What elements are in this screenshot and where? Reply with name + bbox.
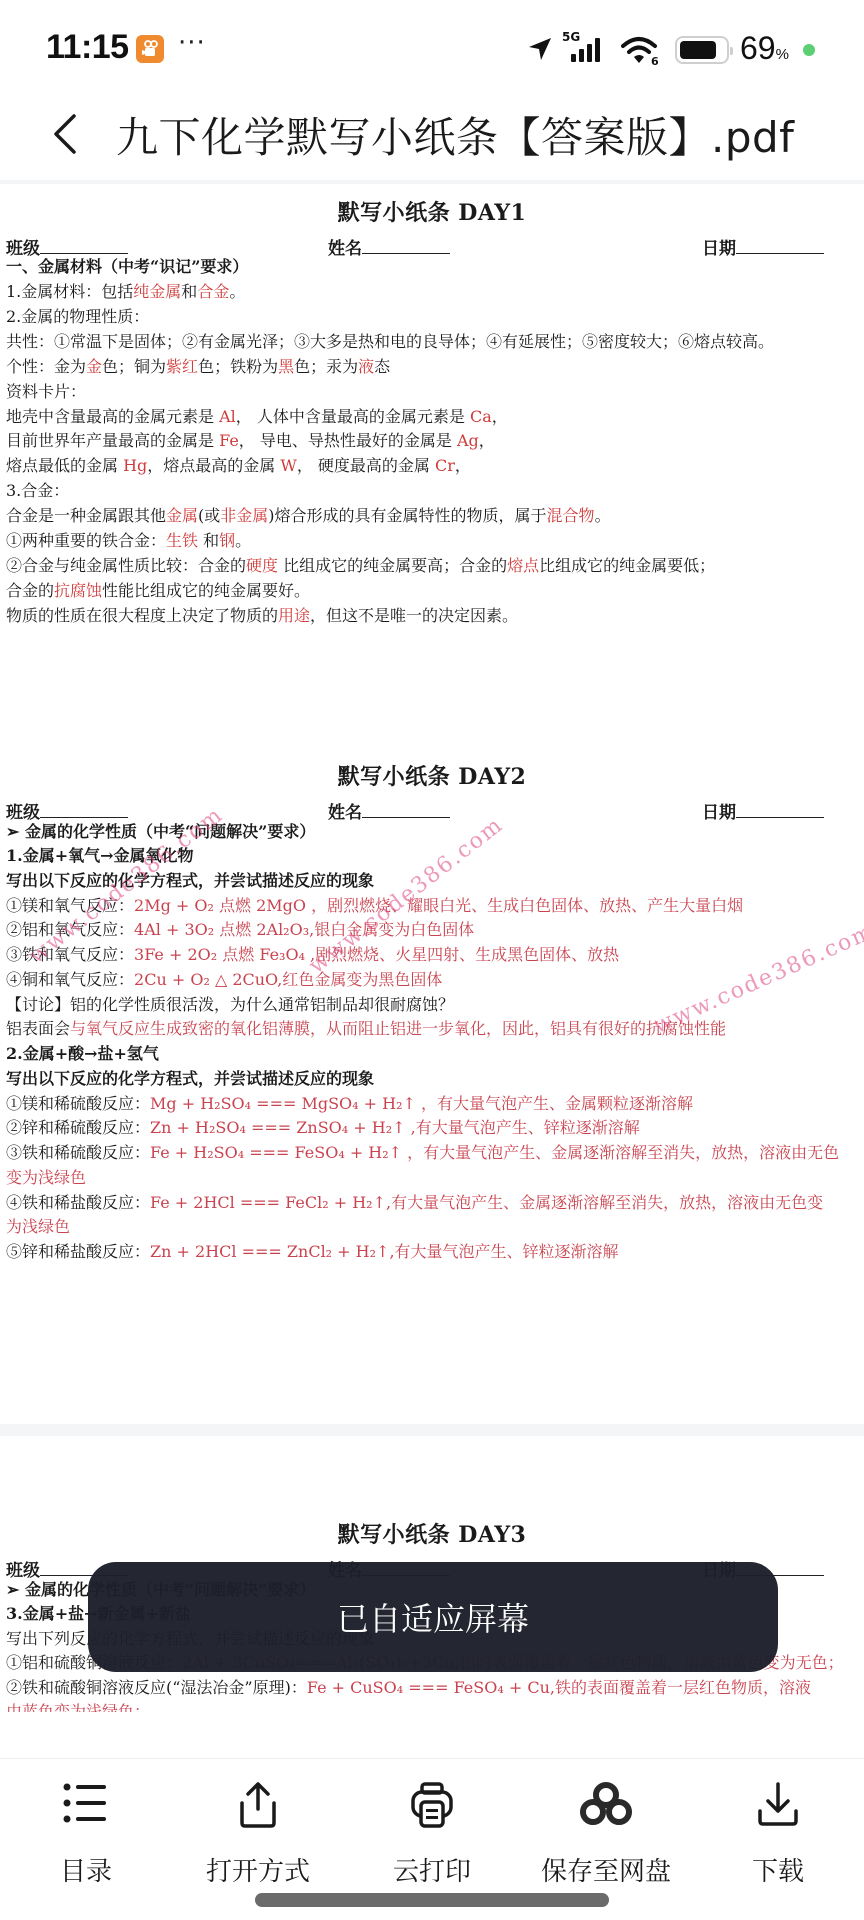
document-line: 合金的抗腐蚀性能比组成它的纯金属要好。 [6,580,310,602]
prompt-text: 【讨论】铝的化学性质很活泼，为什么通常铝制品却很耐腐蚀？ [6,995,454,1014]
prompt-text: 色；铁粉为 [198,357,278,376]
prompt-text: 1.金属+氧气→金属氧化物 [6,846,194,865]
toc-button[interactable]: 目录 [16,1759,156,1869]
prompt-text: 2.金属的物理性质： [6,307,149,326]
document-line: 铝表面会与氧气反应生成致密的氧化铝薄膜，从而阻止铝进一步氧化，因此，铝具有很好的… [6,1018,726,1040]
document-line: ①镁和氧气反应：2Mg + O₂ 点燃 2MgO ，剧烈燃烧、耀眼白光、生成白色… [6,895,743,917]
answer-text: Al [219,407,236,426]
section-title: ➢ 金属的化学性质（中考“问题解决”要求） [6,821,315,843]
answer-text: Hg [123,456,147,475]
prompt-text: ②锌和稀硫酸反应： [6,1118,150,1137]
answer-text: 为浅绿色 [6,1217,70,1236]
document-line: 共性：①常温下是固体；②有金属光泽；③大多是热和电的良导体；④有延展性；⑤密度较… [6,331,774,353]
answer-text: Ag [457,431,479,450]
prompt-text: 地壳中含量最高的金属元素是 [6,407,219,426]
prompt-text: 写出以下反应的化学方程式，并尝试描述反应的现象 [6,871,374,890]
prompt-text: 。 [595,506,611,525]
document-line: 为浅绿色 [6,1216,70,1238]
answer-text: 金 [86,357,102,376]
answer-text: 4Al + 3O₂ 点燃 2Al₂O₃,银白金属变为白色固体 [134,920,474,939]
prompt-text: ⑤锌和稀盐酸反应： [6,1242,150,1261]
document-line: ②铝和氧气反应：4Al + 3O₂ 点燃 2Al₂O₃,银白金属变为白色固体 [6,919,474,941]
privacy-indicator-dot [803,44,815,56]
answer-text: 2Mg + O₂ 点燃 2MgO ，剧烈燃烧、耀眼白光、生成白色固体、放热、产生… [134,896,743,915]
document-line: 【讨论】铝的化学性质很活泼，为什么通常铝制品却很耐腐蚀？ [6,994,454,1016]
answer-text: 3Fe + 2O₂ 点燃 Fe₃O₄ ,剧烈燃烧、火星四射、生成黑色固体、放热 [134,945,619,964]
document-line: 熔点最低的金属 Hg，熔点最高的金属 W， 硬度最高的金属 Cr， [6,455,471,477]
video-app-icon [136,35,164,63]
page-gap [0,1424,864,1436]
document-line: ⑤锌和稀盐酸反应：Zn + 2HCl === ZnCl₂ + H₂↑,有大量气泡… [6,1241,619,1263]
prompt-text: 合金的 [6,581,54,600]
fit-screen-toast: 已自适应屏幕 [88,1562,778,1672]
save-to-netdisk-button[interactable]: 保存至网盘 [536,1759,676,1869]
answer-text: 纯金属 [133,282,181,301]
answer-text: 生铁 [166,531,198,550]
prompt-text: 铝表面会 [6,1019,70,1038]
answer-text: 2Cu + O₂ △ 2CuO,红色金属变为黑色固体 [134,970,442,989]
answer-text: Fe + CuSO₄ === FeSO₄ + Cu,铁的表面覆盖着一层红色物质，… [307,1678,811,1697]
answer-text: Mg + H₂SO₄ === MgSO₄ + H₂↑ ，有大量气泡产生、金属颗粒… [150,1094,693,1113]
prompt-text: 资料卡片： [6,382,86,401]
prompt-text: ①两种重要的铁合金： [6,531,166,550]
prompt-text: 合金是一种金属跟其他 [6,506,166,525]
prompt-text: 和 [198,531,219,550]
answer-text: 非金属 [220,506,268,525]
prompt-text: ②合金与纯金属性质比较：合金的 [6,556,246,575]
prompt-text: ， 硬度最高的金属 [297,456,435,475]
page-heading-day2: 默写小纸条 DAY2 [0,760,864,791]
prompt-text: 比组成它的纯金属要高；合金的 [278,556,507,575]
prompt-text: ①镁和氧气反应： [6,896,134,915]
document-title: 九下化学默写小纸条【答案版】.pdf [116,105,794,165]
answer-text: 抗腐蚀 [54,581,102,600]
prompt-text: 性能比组成它的纯金属要好。 [102,581,310,600]
document-line: ③铁和氧气反应：3Fe + 2O₂ 点燃 Fe₃O₄ ,剧烈燃烧、火星四射、生成… [6,944,619,966]
answer-text: W [280,456,296,475]
prompt-text: ， [479,431,495,450]
prompt-text: 色；汞为 [294,357,358,376]
document-line: ④铁和稀盐酸反应：Fe + 2HCl === FeCl₂ + H₂↑,有大量气泡… [6,1192,823,1214]
pdf-viewport[interactable]: 默写小纸条 DAY1 班级 姓名 日期 一、金属材料（中考“识记”要求） 1.金… [0,180,864,1712]
answer-text: 硬度 [246,556,278,575]
document-line: 合金是一种金属跟其他金属(或非金属)熔合形成的具有金属特性的物质，属于混合物。 [6,505,611,527]
answer-text: 熔点 [507,556,539,575]
answer-text: 紫红 [166,357,198,376]
document-line: ②铁和硫酸铜溶液反应(“湿法冶金”原理)：Fe + CuSO₄ === FeSO… [6,1677,811,1699]
download-button[interactable]: 下载 [708,1759,848,1869]
answer-text: 液 [358,357,374,376]
answer-text: 与氧气反应生成致密的氧化铝薄膜，从而阻止铝进一步氧化，因此，铝具有很好的抗腐蚀性… [70,1019,726,1038]
svg-text:6: 6 [651,55,659,66]
document-line: 个性：金为金色；铜为紫红色；铁粉为黑色；汞为液态 [6,356,390,378]
document-line: ①镁和稀硫酸反应：Mg + H₂SO₄ === MgSO₄ + H₂↑ ，有大量… [6,1093,693,1115]
answer-text: Fe + H₂SO₄ === FeSO₄ + H₂↑ ，有大量气泡产生、金属逐渐… [150,1143,839,1162]
document-line: 由蓝色变为浅绿色； [6,1701,150,1712]
answer-text: 金属 [166,506,198,525]
prompt-text: ，但这不是唯一的决定因素。 [310,606,518,625]
answer-text: Fe [219,431,239,450]
document-line: 3.合金： [6,480,69,502]
answer-text: 合金 [197,282,229,301]
answer-text: 钢 [219,531,235,550]
share-icon [234,1781,282,1833]
prompt-text: 态 [374,357,390,376]
answer-text: Ca [470,407,492,426]
page-heading-day3: 默写小纸条 DAY3 [0,1518,864,1549]
prompt-text: 目前世界年产量最高的金属是 [6,431,219,450]
prompt-text: ，熔点最高的金属 [147,456,280,475]
prompt-text: 色；铜为 [102,357,166,376]
document-line: 变为浅绿色 [6,1167,86,1189]
page-heading-day1: 默写小纸条 DAY1 [0,196,864,227]
document-line: 1.金属+氧气→金属氧化物 [6,845,194,867]
document-line: ①两种重要的铁合金：生铁 和钢。 [6,530,251,552]
answer-text: Zn + 2HCl === ZnCl₂ + H₂↑,有大量气泡产生、锌粒逐渐溶解 [150,1242,619,1261]
status-bar: 11:15 ··· 5G 6 69% [0,0,864,100]
answer-text: Fe + 2HCl === FeCl₂ + H₂↑,有大量气泡产生、金属逐渐溶解… [150,1193,823,1212]
prompt-text: 。 [235,531,251,550]
prompt-text: ， 导电、导热性最好的金属是 [239,431,457,450]
prompt-text: 个性：金为 [6,357,86,376]
prompt-text: 比组成它的纯金属要低； [539,556,715,575]
prompt-text: 物质的性质在很大程度上决定了物质的 [6,606,278,625]
answer-text: Zn + H₂SO₄ === ZnSO₄ + H₂↑ ,有大量气泡产生、锌粒逐渐… [150,1118,640,1137]
prompt-text: 熔点最低的金属 [6,456,123,475]
prompt-text: ②铁和硫酸铜溶液反应(“湿法冶金”原理)： [6,1678,307,1697]
prompt-text: 1.金属材料：包括 [6,282,133,301]
prompt-text: ④铜和氧气反应： [6,970,134,989]
prompt-text: ， 人体中含量最高的金属元素是 [236,407,470,426]
prompt-text: 。 [229,282,245,301]
more-notifications-icon: ··· [178,28,206,58]
battery-percentage: 69% [740,30,789,67]
document-line: 地壳中含量最高的金属元素是 Al， 人体中含量最高的金属元素是 Ca， [6,406,508,428]
document-line: ③铁和稀硫酸反应：Fe + H₂SO₄ === FeSO₄ + H₂↑ ，有大量… [6,1142,839,1164]
battery-icon [675,36,729,64]
document-line: ②锌和稀硫酸反应：Zn + H₂SO₄ === ZnSO₄ + H₂↑ ,有大量… [6,1117,640,1139]
prompt-text: ③铁和稀硫酸反应： [6,1143,150,1162]
prompt-text: ②铝和氧气反应： [6,920,134,939]
answer-text: Cr [435,456,455,475]
cloud-print-button[interactable]: 云打印 [362,1759,502,1869]
prompt-text: 共性：①常温下是固体；②有金属光泽；③大多是热和电的良导体；④有延展性；⑤密度较… [6,332,774,351]
download-icon [754,1781,802,1833]
answer-text: 黑 [278,357,294,376]
wifi-icon: 6 [621,36,661,70]
toast-message: 已自适应屏幕 [337,1594,529,1640]
prompt-text: ③铁和氧气反应： [6,945,134,964]
open-with-button[interactable]: 打开方式 [188,1759,328,1869]
prompt-text: (或 [198,506,220,525]
document-line: 物质的性质在很大程度上决定了物质的用途，但这不是唯一的决定因素。 [6,605,518,627]
document-line: ②合金与纯金属性质比较：合金的硬度 比组成它的纯金属要高；合金的熔点比组成它的纯… [6,555,715,577]
answer-text: 由蓝色变为浅绿色； [6,1702,150,1712]
prompt-text: 和 [181,282,197,301]
prompt-text: ④铁和稀盐酸反应： [6,1193,150,1212]
prompt-text: 2.金属+酸→盐+氢气 [6,1044,159,1063]
document-line: ④铜和氧气反应：2Cu + O₂ △ 2CuO,红色金属变为黑色固体 [6,969,442,991]
list-icon [62,1781,110,1829]
answer-text: 混合物 [547,506,595,525]
answer-text: 用途 [278,606,310,625]
printer-icon [408,1781,456,1833]
back-button[interactable] [50,112,80,160]
location-arrow-icon [527,36,553,66]
document-line: 2.金属+酸→盐+氢气 [6,1043,159,1065]
prompt-text: )熔合形成的具有金属特性的物质，属于 [268,506,546,525]
document-line: 资料卡片： [6,381,86,403]
status-time: 11:15 [46,28,129,67]
home-indicator[interactable] [255,1893,609,1907]
document-line: 1.金属材料：包括纯金属和合金。 [6,281,245,303]
prompt-text: ， [455,456,471,475]
prompt-text: ①镁和稀硫酸反应： [6,1094,150,1113]
section-title: 一、金属材料（中考“识记”要求） [6,256,248,278]
document-line: 写出以下反应的化学方程式，并尝试描述反应的现象 [6,1068,374,1090]
prompt-text: ， [492,407,508,426]
cloud-disk-icon [580,1781,632,1831]
prompt-text: 写出以下反应的化学方程式，并尝试描述反应的现象 [6,1069,374,1088]
answer-text: 变为浅绿色 [6,1168,86,1187]
prompt-text: 3.合金： [6,481,69,500]
pdf-page-1: 默写小纸条 DAY1 班级 姓名 日期 一、金属材料（中考“识记”要求） 1.金… [0,184,864,1424]
document-line: 写出以下反应的化学方程式，并尝试描述反应的现象 [6,870,374,892]
document-line: 目前世界年产量最高的金属是 Fe， 导电、导热性最好的金属是 Ag， [6,430,495,452]
document-line: 2.金属的物理性质： [6,306,149,328]
cellular-signal-icon [571,38,600,62]
